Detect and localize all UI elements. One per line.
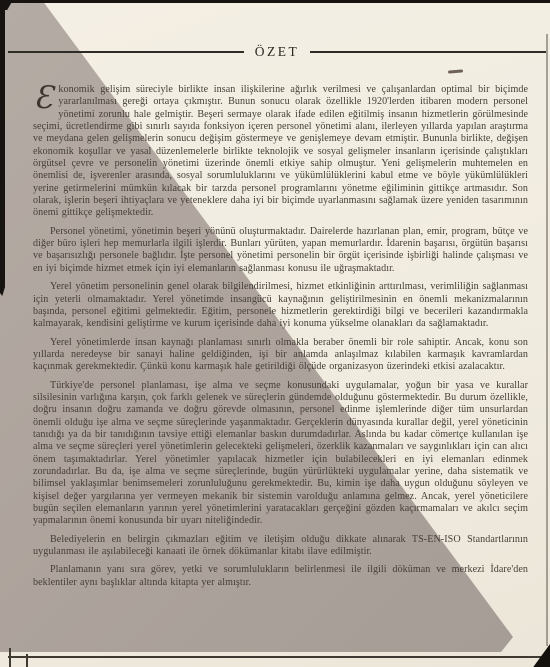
dropcap-letter: Ɛ: [33, 84, 58, 110]
section-header: ÖZET: [8, 45, 546, 59]
paragraph-5: Türkiye'de personel planlaması, işe alma…: [33, 380, 528, 528]
header-rule-left: [8, 51, 244, 53]
paragraph-1: Ɛkonomik gelişim süreciyle birlikte insa…: [33, 84, 528, 220]
paragraph-2: Personel yönetimi, yönetimin beşeri yönü…: [33, 226, 528, 275]
abstract-text: Ɛkonomik gelişim süreciyle birlikte insa…: [33, 84, 528, 595]
pen-mark: [448, 69, 463, 73]
paragraph-1-text: konomik gelişim süreciyle birlikte insan…: [33, 84, 528, 218]
scanned-document-page: ÖZET Ɛkonomik gelişim süreciyle birlikte…: [0, 0, 550, 667]
paragraph-7: Planlamanın yanı sıra görev, yetki ve so…: [33, 564, 528, 589]
scan-edge-top: [0, 0, 550, 3]
paragraph-3: Yerel yönetim personelinin genel olarak …: [33, 281, 528, 330]
page-title: ÖZET: [253, 45, 302, 59]
bottom-frame-vertical-outer: [9, 648, 11, 667]
scan-edge-left: [0, 0, 5, 296]
bottom-frame-vertical-inner: [26, 654, 28, 667]
bottom-frame-line: [8, 656, 546, 658]
paragraph-6: Belediyelerin en belirgin çıkmazları eği…: [33, 534, 528, 559]
scan-edge-right: [546, 34, 548, 646]
paragraph-4: Yerel yönetimlerde insan kaynağı planlam…: [33, 337, 528, 374]
header-rule-right: [310, 51, 546, 53]
